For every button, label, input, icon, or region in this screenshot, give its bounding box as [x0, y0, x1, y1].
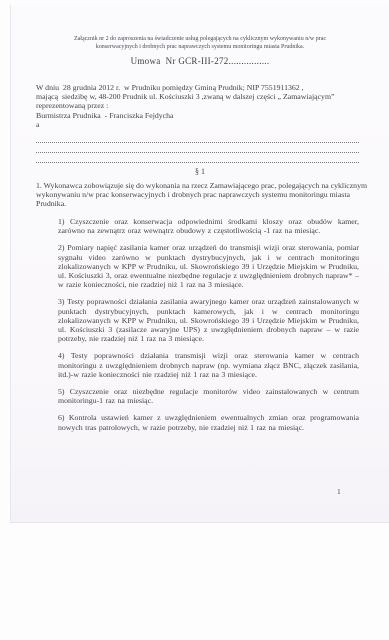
- blank-dotted-line-3: [36, 153, 359, 163]
- page-number: 1: [337, 487, 341, 496]
- clause-item-5: 5) Czyszczenie oraz niezbędne regulacje …: [58, 387, 359, 405]
- attachment-note: Załącznik nr 2 do zaproszenia na świadcz…: [11, 35, 389, 51]
- clause-item-1: 1) Czyszczenie oraz konserwacja odpowied…: [58, 217, 359, 235]
- document-title: Umowa Nr GCR-III-272................: [11, 56, 389, 66]
- clause-intro: 1. Wykonawca zobowiązuje się do wykonani…: [36, 181, 368, 209]
- section-heading: § 1: [11, 167, 389, 176]
- preamble-line-and: a: [36, 120, 371, 129]
- preamble-line-address: mającą siedzibę w, 48-200 Prudnik ul. Ko…: [36, 92, 371, 101]
- preamble-line-date-parties: W dniu 28 grudnia 2012 r. w Prudniku pom…: [36, 83, 371, 92]
- preamble: W dniu 28 grudnia 2012 r. w Prudniku pom…: [36, 83, 371, 129]
- paper-sheet: Załącznik nr 2 do zaproszenia na świadcz…: [10, 5, 389, 522]
- attachment-note-line-2: konserwacyjnych i drobnych prac naprawcz…: [11, 43, 389, 51]
- clause-item-list: 1) Czyszczenie oraz konserwacja odpowied…: [58, 217, 359, 440]
- blank-dotted-line-2: [36, 143, 359, 153]
- preamble-line-represented-by: reprezentowaną przez :: [36, 101, 371, 110]
- attachment-note-line-1: Załącznik nr 2 do zaproszenia na świadcz…: [11, 35, 389, 43]
- preamble-line-mayor: Burmistrza Prudnika - Franciszka Fejdych…: [36, 111, 371, 120]
- clause-item-6: 6) Kontrola ustawień kamer z uwzględnien…: [58, 413, 359, 431]
- contractor-blank-lines: [36, 133, 359, 163]
- clause-item-3: 3) Testy poprawności działania zasilania…: [58, 297, 359, 343]
- scanned-contract-view: Załącznik nr 2 do zaproszenia na świadcz…: [0, 0, 389, 640]
- clause-item-2: 2) Pomiary napięć zasilania kamer oraz u…: [58, 243, 359, 289]
- blank-dotted-line-1: [36, 133, 359, 143]
- clause-item-4: 4) Testy poprawności działania transmisj…: [58, 351, 359, 379]
